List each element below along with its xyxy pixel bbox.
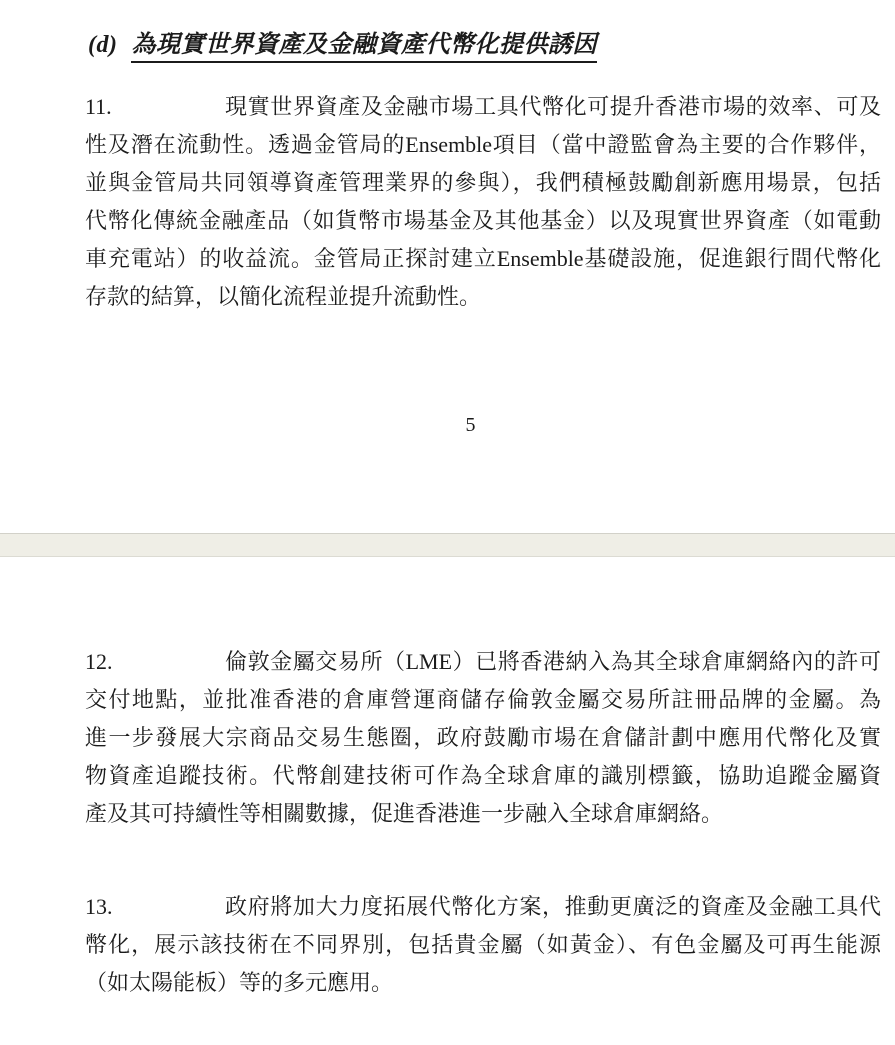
- text-line: 性及潛在流動性。透過金管局的Ensemble項目（當中證監會為主要的合作夥伴，: [85, 126, 881, 164]
- text-line: 存款的結算，以簡化流程並提升流動性。: [85, 278, 881, 316]
- text-line: （如太陽能板）等的多元應用。: [85, 964, 881, 1002]
- section-heading-marker: (d): [88, 30, 117, 60]
- page-separator: [0, 533, 895, 557]
- text-line: 進一步發展大宗商品交易生態圈，政府鼓勵市場在倉儲計劃中應用代幣化及實: [85, 719, 881, 757]
- section-heading: (d) 為現實世界資產及金融資產代幣化提供誘因: [88, 30, 597, 63]
- document-page-1: (d) 為現實世界資產及金融資產代幣化提供誘因 11. 現實世界資產及金融市場工…: [0, 0, 895, 533]
- text-line: 車充電站）的收益流。金管局正探討建立Ensemble基礎設施，促進銀行間代幣化: [85, 240, 881, 278]
- text-line: 物資產追蹤技術。代幣創建技術可作為全球倉庫的識別標籤，協助追蹤金屬資: [85, 757, 881, 795]
- text-line: 13. 政府將加大力度拓展代幣化方案，推動更廣泛的資產及金融工具代: [85, 888, 881, 926]
- paragraph-11: 11. 現實世界資產及金融市場工具代幣化可提升香港市場的效率、可及 性及潛在流動…: [85, 88, 881, 316]
- text-line: 交付地點，並批准香港的倉庫營運商儲存倫敦金屬交易所註冊品牌的金屬。為: [85, 681, 881, 719]
- paragraph-number: 13.: [85, 888, 225, 926]
- text-line-content: 政府將加大力度拓展代幣化方案，推動更廣泛的資產及金融工具代: [225, 888, 881, 926]
- paragraph-number: 12.: [85, 643, 225, 681]
- text-line: 產及其可持續性等相關數據，促進香港進一步融入全球倉庫網絡。: [85, 795, 881, 833]
- text-line-content: 倫敦金屬交易所（LME）已將香港納入為其全球倉庫網絡內的許可: [225, 643, 881, 681]
- text-line: 幣化，展示該技術在不同界別，包括貴金屬（如黃金）、有色金屬及可再生能源: [85, 926, 881, 964]
- page-number: 5: [0, 412, 895, 438]
- paragraph-12: 12. 倫敦金屬交易所（LME）已將香港納入為其全球倉庫網絡內的許可 交付地點，…: [85, 643, 881, 833]
- text-line: 並與金管局共同領導資產管理業界的參與），我們積極鼓勵創新應用場景，包括: [85, 164, 881, 202]
- paragraph-13: 13. 政府將加大力度拓展代幣化方案，推動更廣泛的資產及金融工具代 幣化，展示該…: [85, 888, 881, 1002]
- text-line: 11. 現實世界資產及金融市場工具代幣化可提升香港市場的效率、可及: [85, 88, 881, 126]
- text-line: 代幣化傳統金融產品（如貨幣市場基金及其他基金）以及現實世界資產（如電動: [85, 202, 881, 240]
- section-heading-title: 為現實世界資產及金融資產代幣化提供誘因: [131, 30, 597, 63]
- text-line-content: 現實世界資產及金融市場工具代幣化可提升香港市場的效率、可及: [225, 88, 881, 126]
- text-line: 12. 倫敦金屬交易所（LME）已將香港納入為其全球倉庫網絡內的許可: [85, 643, 881, 681]
- paragraph-number: 11.: [85, 88, 225, 126]
